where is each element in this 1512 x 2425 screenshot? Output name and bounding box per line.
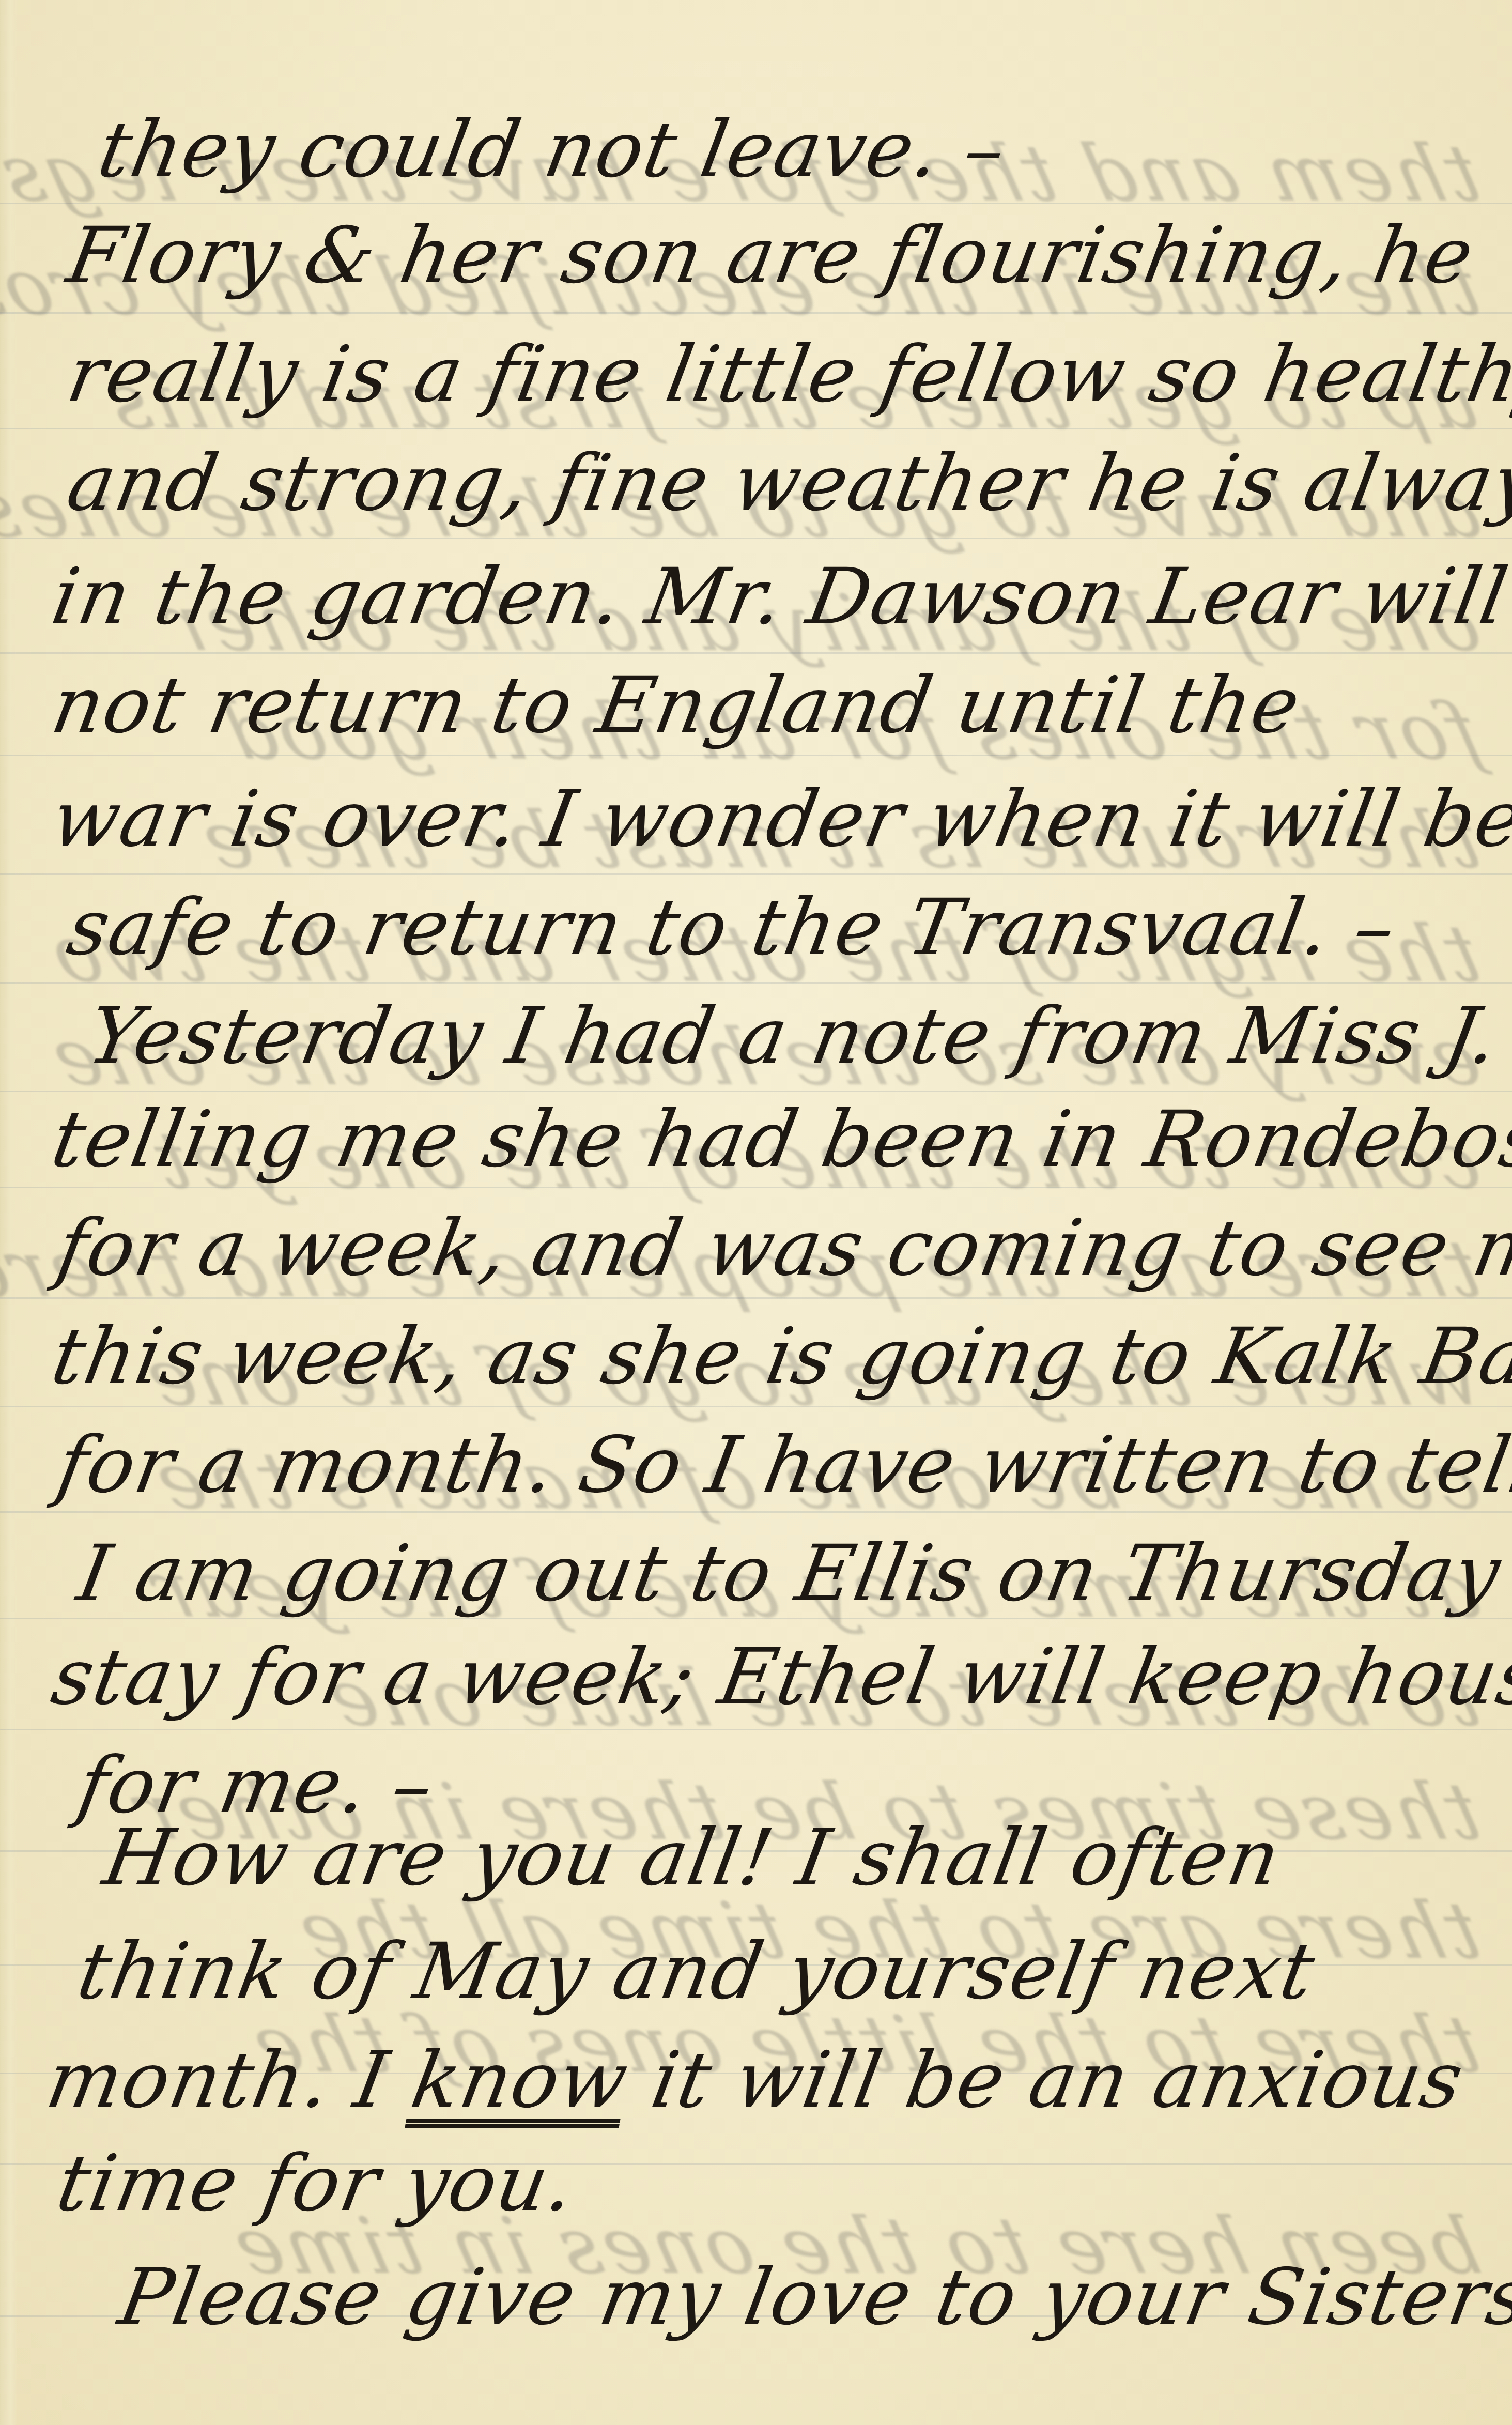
letter-text: month. I [40, 2035, 421, 2125]
letter-line: stay for a week; Ethel will keep house [47, 1638, 1512, 1716]
letter-line: and strong, fine weather he is always [62, 444, 1512, 522]
letter-line: for a month. So I have written to tell h… [52, 1426, 1512, 1504]
letter-line-with-underline: month. I know it will be an anxious [41, 2042, 1469, 2119]
letter-line: time for you. [52, 2145, 581, 2222]
letter-line: really is a fine little fellow so health… [62, 336, 1512, 413]
letter-line: Yesterday I had a note from Miss J. Lloy… [83, 997, 1512, 1075]
letter-line: this week, as she is going to Kalk Bay [47, 1318, 1512, 1395]
underlined-word: know [405, 2035, 635, 2125]
letter-line: How are you all! I shall often [98, 1819, 1286, 1897]
letter-line: think of May and yourself next [72, 1933, 1321, 2010]
letter-line: telling me she had been in Rondebosch [47, 1101, 1512, 1178]
letter-line: I am going out to Ellis on Thursday to [72, 1535, 1512, 1613]
letter-line: safe to return to the Transvaal. – [62, 889, 1402, 966]
letter-line: Flory & her son are flourishing, he [62, 217, 1479, 295]
paper-left-edge [0, 0, 18, 2425]
letter-line: not return to England until the [47, 667, 1306, 744]
letter-text: it will be an anxious [619, 2035, 1470, 2125]
letter-line: war is over. I wonder when it will be [47, 780, 1512, 858]
letter-line: Please give my love to your Sisters [114, 2259, 1512, 2336]
letter-page: them and therefore have their legs the l… [0, 0, 1512, 2425]
letter-line: in the garden. Mr. Dawson Lear will [47, 558, 1512, 636]
letter-line: for a week, and was coming to see me [52, 1209, 1512, 1287]
letter-line: they could not leave. – [93, 111, 1012, 189]
